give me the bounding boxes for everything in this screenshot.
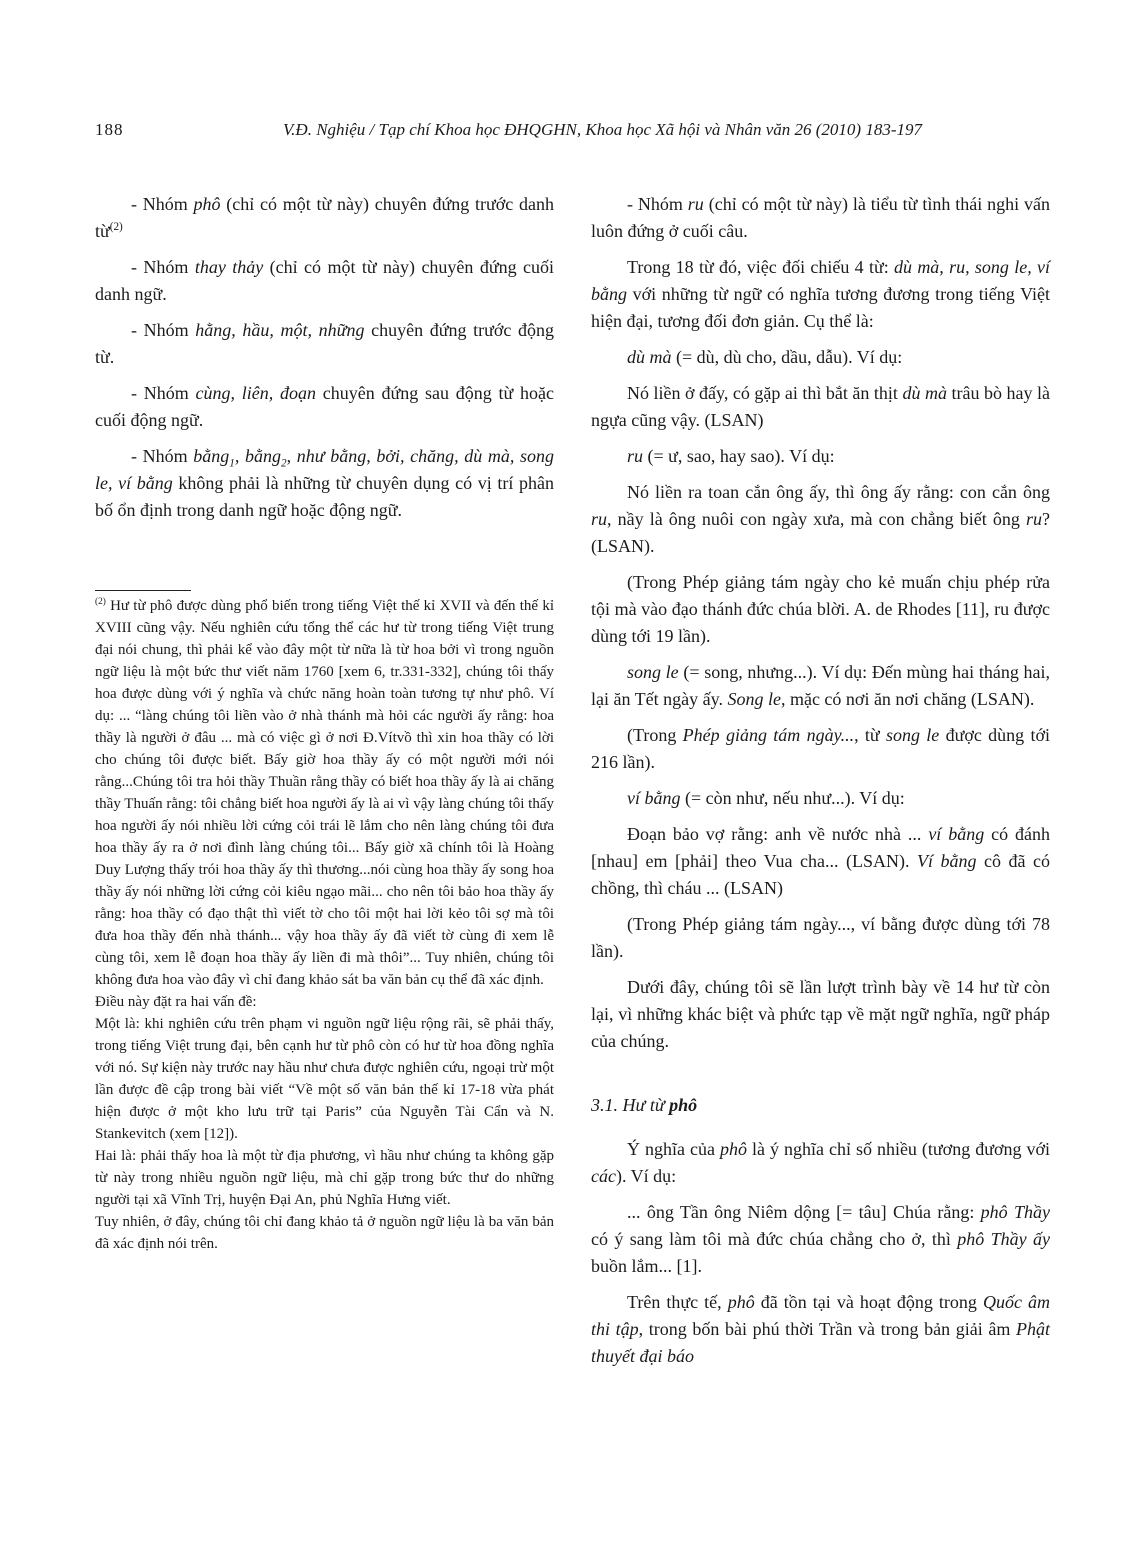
body-paragraph: - Nhóm phô (chỉ có một từ này) chuyên đứ…: [95, 191, 554, 245]
right-column-body: - Nhóm ru (chỉ có một từ này) là tiểu từ…: [591, 191, 1050, 1370]
body-paragraph: dù mà (= dù, dù cho, dầu, dẫu). Ví dụ:: [591, 344, 1050, 371]
body-paragraph: Trên thực tế, phô đã tồn tại và hoạt độn…: [591, 1289, 1050, 1370]
body-paragraph: Đoạn bảo vợ rằng: anh về nước nhà ... ví…: [591, 821, 1050, 902]
body-paragraph: ru (= ư, sao, hay sao). Ví dụ:: [591, 443, 1050, 470]
footnote-paragraph: Điều này đặt ra hai vấn đề:: [95, 991, 554, 1013]
footnote-paragraph: Tuy nhiên, ở đây, chúng tôi chỉ đang khả…: [95, 1211, 554, 1255]
page-header: 188 V.Đ. Nghiệu / Tạp chí Khoa học ĐHQGH…: [95, 118, 1050, 142]
footnote-separator: [95, 590, 191, 591]
footnote-block: (2) Hư từ phô được dùng phổ biến trong t…: [95, 590, 554, 1255]
footnote-text: (2) Hư từ phô được dùng phổ biến trong t…: [95, 595, 554, 1255]
body-paragraph: - Nhóm hằng, hầu, một, những chuyên đứng…: [95, 317, 554, 371]
section-heading: 3.1. Hư từ phô: [591, 1092, 1050, 1119]
body-paragraph: song le (= song, nhưng...). Ví dụ: Đến m…: [591, 659, 1050, 713]
body-paragraph: Dưới đây, chúng tôi sẽ lần lượt trình bà…: [591, 974, 1050, 1055]
right-column: - Nhóm ru (chỉ có một từ này) là tiểu từ…: [591, 191, 1050, 1379]
body-paragraph: - Nhóm cùng, liên, đoạn chuyên đứng sau …: [95, 380, 554, 434]
footnote-paragraph: (2) Hư từ phô được dùng phổ biến trong t…: [95, 595, 554, 991]
body-paragraph: (Trong Phép giảng tám ngày..., ví bằng đ…: [591, 911, 1050, 965]
left-column-body: - Nhóm phô (chỉ có một từ này) chuyên đứ…: [95, 191, 554, 524]
body-paragraph: ví bằng (= còn như, nếu như...). Ví dụ:: [591, 785, 1050, 812]
body-paragraph: - Nhóm thay thảy (chỉ có một từ này) chu…: [95, 254, 554, 308]
left-column: - Nhóm phô (chỉ có một từ này) chuyên đứ…: [95, 191, 554, 1379]
page-number: 188: [95, 118, 124, 142]
body-paragraph: - Nhóm bằng1, bằng2, như bằng, bởi, chăn…: [95, 443, 554, 524]
body-paragraph: (Trong Phép giảng tám ngày..., từ song l…: [591, 722, 1050, 776]
body-paragraph: ... ông Tần ông Niêm dộng [= tâu] Chúa r…: [591, 1199, 1050, 1280]
journal-page: 188 V.Đ. Nghiệu / Tạp chí Khoa học ĐHQGH…: [0, 0, 1133, 1547]
two-column-layout: - Nhóm phô (chỉ có một từ này) chuyên đứ…: [95, 191, 1050, 1379]
body-paragraph: (Trong Phép giảng tám ngày cho kẻ muấn c…: [591, 569, 1050, 650]
body-paragraph: - Nhóm ru (chỉ có một từ này) là tiểu từ…: [591, 191, 1050, 245]
footnote-paragraph: Hai là: phải thấy hoa là một từ địa phươ…: [95, 1145, 554, 1211]
body-paragraph: Nó liền ở đấy, có gặp ai thì bắt ăn thịt…: [591, 380, 1050, 434]
body-paragraph: Trong 18 từ đó, việc đối chiếu 4 từ: dù …: [591, 254, 1050, 335]
footnote-paragraph: Một là: khi nghiên cứu trên phạm vi nguồ…: [95, 1013, 554, 1145]
running-title: V.Đ. Nghiệu / Tạp chí Khoa học ĐHQGHN, K…: [95, 118, 1050, 142]
body-paragraph: Nó liền ra toan cắn ông ấy, thì ông ấy r…: [591, 479, 1050, 560]
body-paragraph: Ý nghĩa của phô là ý nghĩa chỉ số nhiều …: [591, 1136, 1050, 1190]
